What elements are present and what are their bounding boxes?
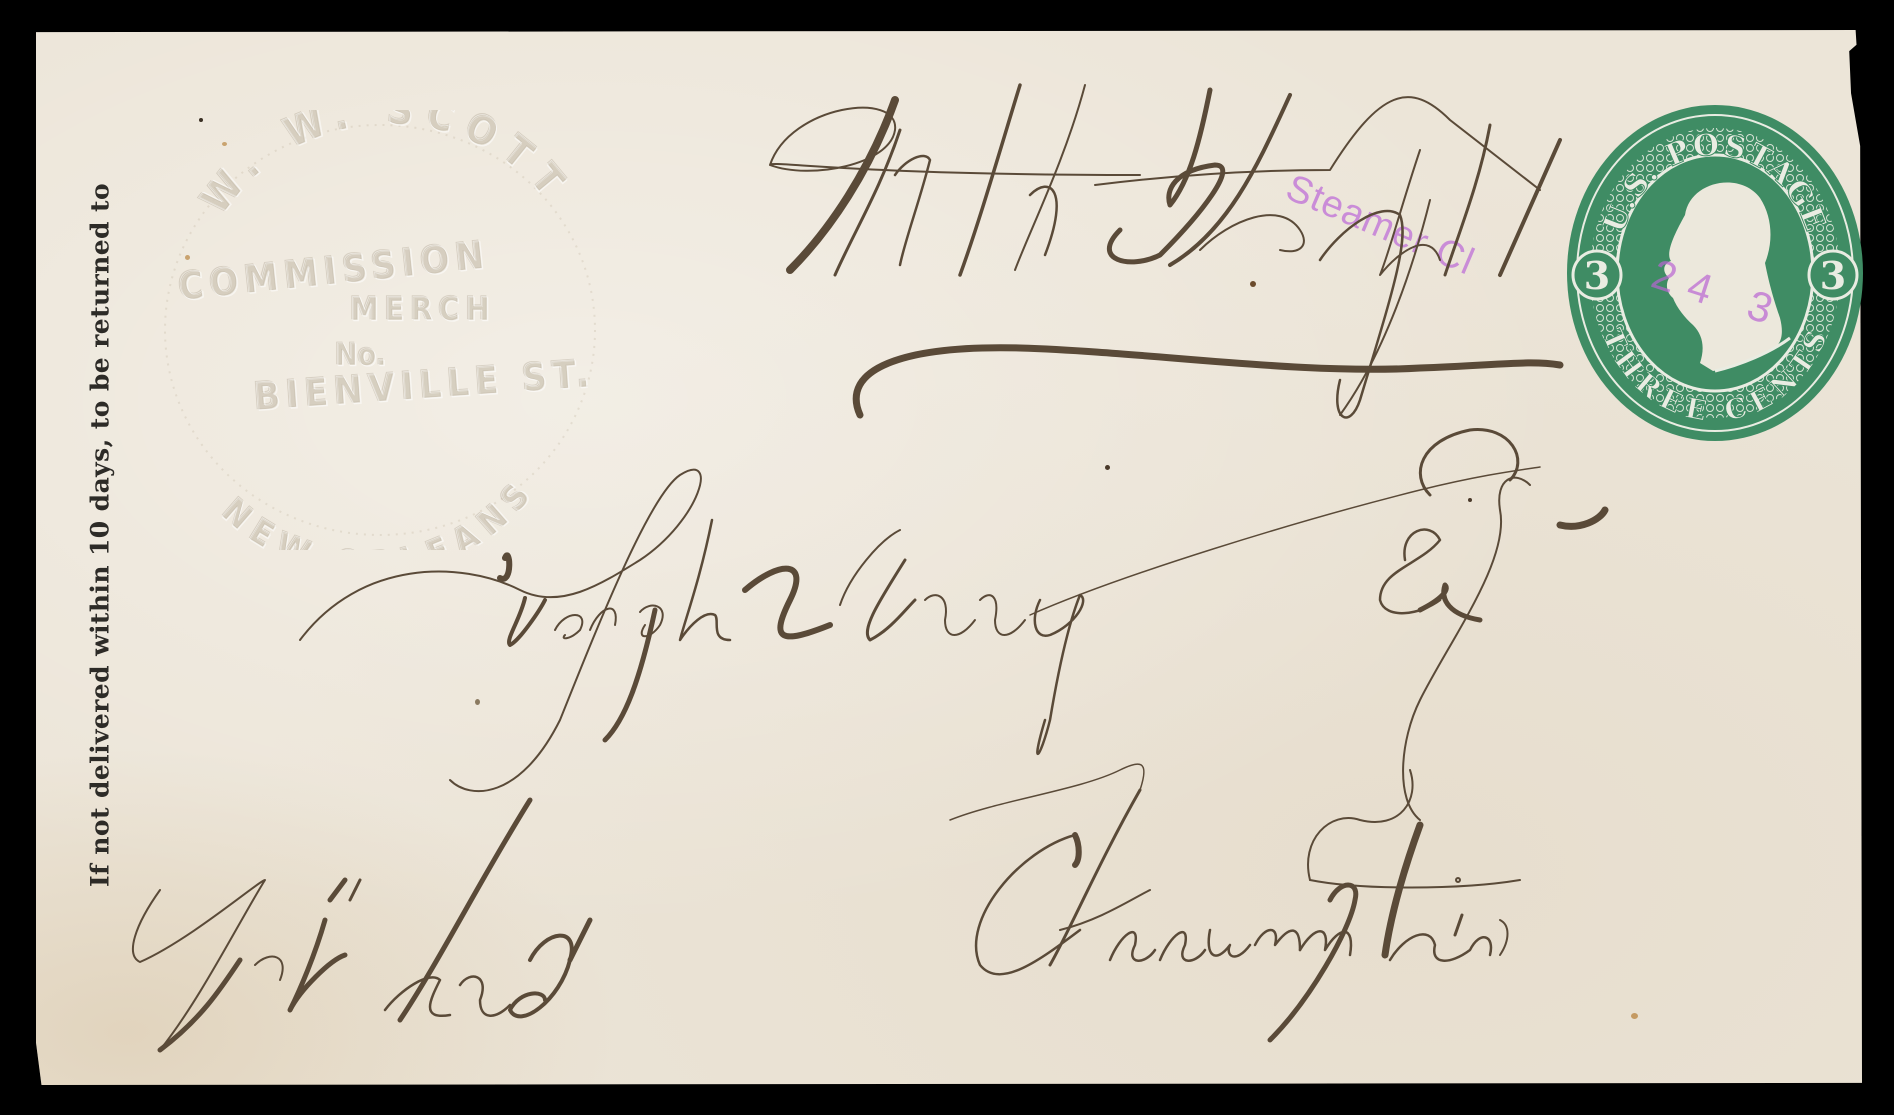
foxing-spot [1468,498,1472,502]
embossed-corner-card: W. W. SCOTT COMMISSION MERCH No. BIENVIL… [160,110,600,550]
corner-card-line-6: NEW ORLEANS [214,469,544,550]
manuscript-text-routing: pr "Clara S." [0,0,1,1]
return-notice: If not delivered within 10 days, to be r… [86,183,115,887]
stamp-denomination-left: 3 [1584,253,1610,298]
foxing-spot [1250,281,1256,287]
svg-text:W. W. SCOTT: W. W. SCOTT [193,110,581,222]
manuscript-text-line1: With Freight [0,0,1,1]
foxing-spot [1631,1013,1638,1019]
corner-card-line-1: W. W. SCOTT [193,110,581,222]
stamp-denomination-right: 3 [1820,253,1846,298]
embossed-oval: W. W. SCOTT COMMISSION MERCH No. BIENVIL… [160,110,600,550]
manuscript-text-destination: Assumption [0,0,1,1]
corner-card-line-5: BIENVILLE ST. [253,351,597,419]
foxing-spot [475,699,480,705]
corner-card-line-3: MERCH [350,290,496,328]
foxing-spot [1105,465,1110,470]
manuscript-text-line2: Joseph Savoy Esq [0,0,1,1]
svg-text:NEW ORLEANS: NEW ORLEANS [214,469,544,550]
